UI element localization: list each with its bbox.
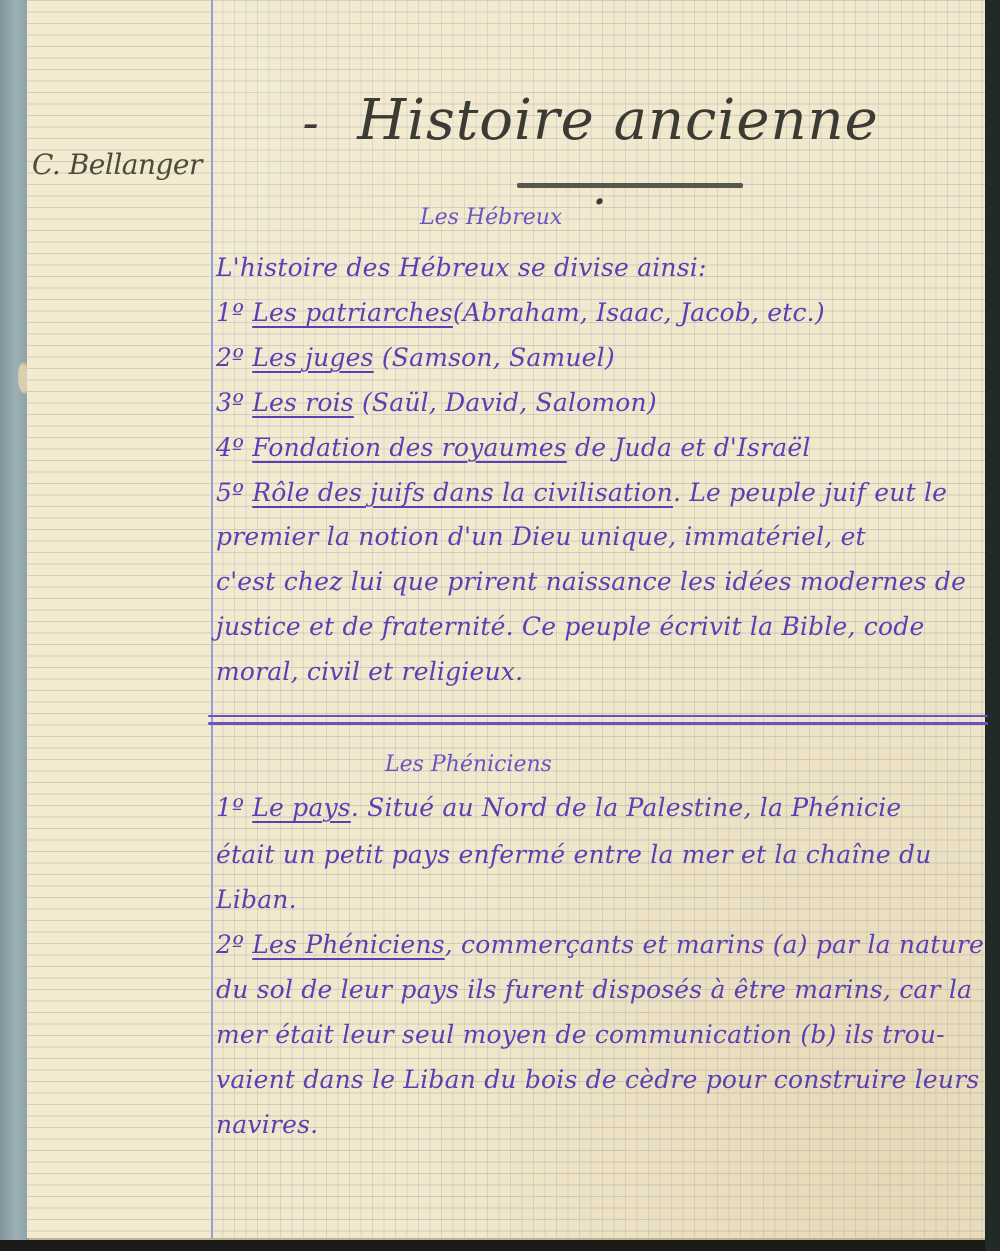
- item-number: 1º: [216, 298, 244, 327]
- item-number: 3º: [216, 388, 244, 417]
- title-prefix-mark: -: [302, 95, 319, 151]
- title-underline-rule: [517, 183, 743, 188]
- pheniciens-paragraph-line: vaient dans le Liban du bois de cèdre po…: [216, 1065, 979, 1094]
- item-underlined-topic: Le pays: [252, 793, 351, 822]
- section-heading-hebreux: Les Hébreux: [420, 205, 562, 230]
- item-number: 2º: [216, 930, 244, 959]
- pheniciens-item-2: 2º Les Phéniciens, commerçants et marins…: [216, 930, 984, 959]
- hebreux-paragraph-line: c'est chez lui que prirent naissance les…: [216, 567, 966, 596]
- pheniciens-item-1: 1º Le pays. Situé au Nord de la Palestin…: [216, 793, 901, 822]
- page-title: - Histoire ancienne .: [290, 88, 910, 218]
- item-text: , commerçants et marins (a) par la natur…: [445, 930, 984, 959]
- hebreux-intro: L'histoire des Hébreux se divise ainsi:: [216, 253, 707, 282]
- hebreux-paragraph-line: moral, civil et religieux.: [216, 657, 523, 686]
- hebreux-item-4: 4º Fondation des royaumes de Juda et d'I…: [216, 433, 811, 462]
- hebreux-item-1: 1º Les patriarches(Abraham, Isaac, Jacob…: [216, 298, 825, 327]
- page-left-margin: [27, 0, 211, 1238]
- item-underlined-topic: Les juges: [252, 343, 373, 372]
- item-underlined-topic: Rôle des juifs dans la civilisation: [252, 478, 673, 507]
- item-number: 2º: [216, 343, 244, 372]
- item-text: (Samson, Samuel): [374, 343, 615, 372]
- item-number: 5º: [216, 478, 244, 507]
- hebreux-item-3: 3º Les rois (Saül, David, Salomon): [216, 388, 657, 417]
- hebreux-paragraph-line: justice et de fraternité. Ce peuple écri…: [216, 612, 924, 641]
- item-text: . Situé au Nord de la Palestine, la Phén…: [351, 793, 902, 822]
- hebreux-item-5: 5º Rôle des juifs dans la civilisation. …: [216, 478, 947, 507]
- section-separator-line: [208, 715, 988, 717]
- margin-rule-line: [211, 0, 213, 1238]
- item-underlined-topic: Les rois: [252, 388, 354, 417]
- title-suffix-mark: .: [592, 160, 608, 216]
- title-text: Histoire ancienne: [357, 88, 878, 153]
- pheniciens-paragraph-line: du sol de leur pays ils furent disposés …: [216, 975, 972, 1004]
- item-number: 1º: [216, 793, 244, 822]
- item-underlined-topic: Les patriarches: [252, 298, 453, 327]
- item-text: (Saül, David, Salomon): [354, 388, 657, 417]
- author-signature: C. Bellanger: [32, 148, 202, 181]
- item-number: 4º: [216, 433, 244, 462]
- hebreux-item-2: 2º Les juges (Samson, Samuel): [216, 343, 615, 372]
- item-text: (Abraham, Isaac, Jacob, etc.): [453, 298, 825, 327]
- hebreux-paragraph-line: premier la notion d'un Dieu unique, imma…: [216, 522, 866, 551]
- pheniciens-paragraph-line: mer était leur seul moyen de communicati…: [216, 1020, 945, 1049]
- item-text: . Le peuple juif eut le: [673, 478, 947, 507]
- pheniciens-paragraph-line: Liban.: [216, 885, 297, 914]
- page-edge-shadow: [985, 0, 1000, 1251]
- item-underlined-topic: Fondation des royaumes: [252, 433, 567, 462]
- notebook-spine: [0, 0, 30, 1240]
- section-heading-pheniciens: Les Phéniciens: [385, 752, 552, 777]
- item-text: de Juda et d'Israël: [567, 433, 811, 462]
- section-separator-line: [208, 722, 988, 725]
- pheniciens-paragraph-line: navires.: [216, 1110, 318, 1139]
- pheniciens-paragraph-line: était un petit pays enfermé entre la mer…: [216, 840, 932, 869]
- item-underlined-topic: Les Phéniciens: [252, 930, 445, 959]
